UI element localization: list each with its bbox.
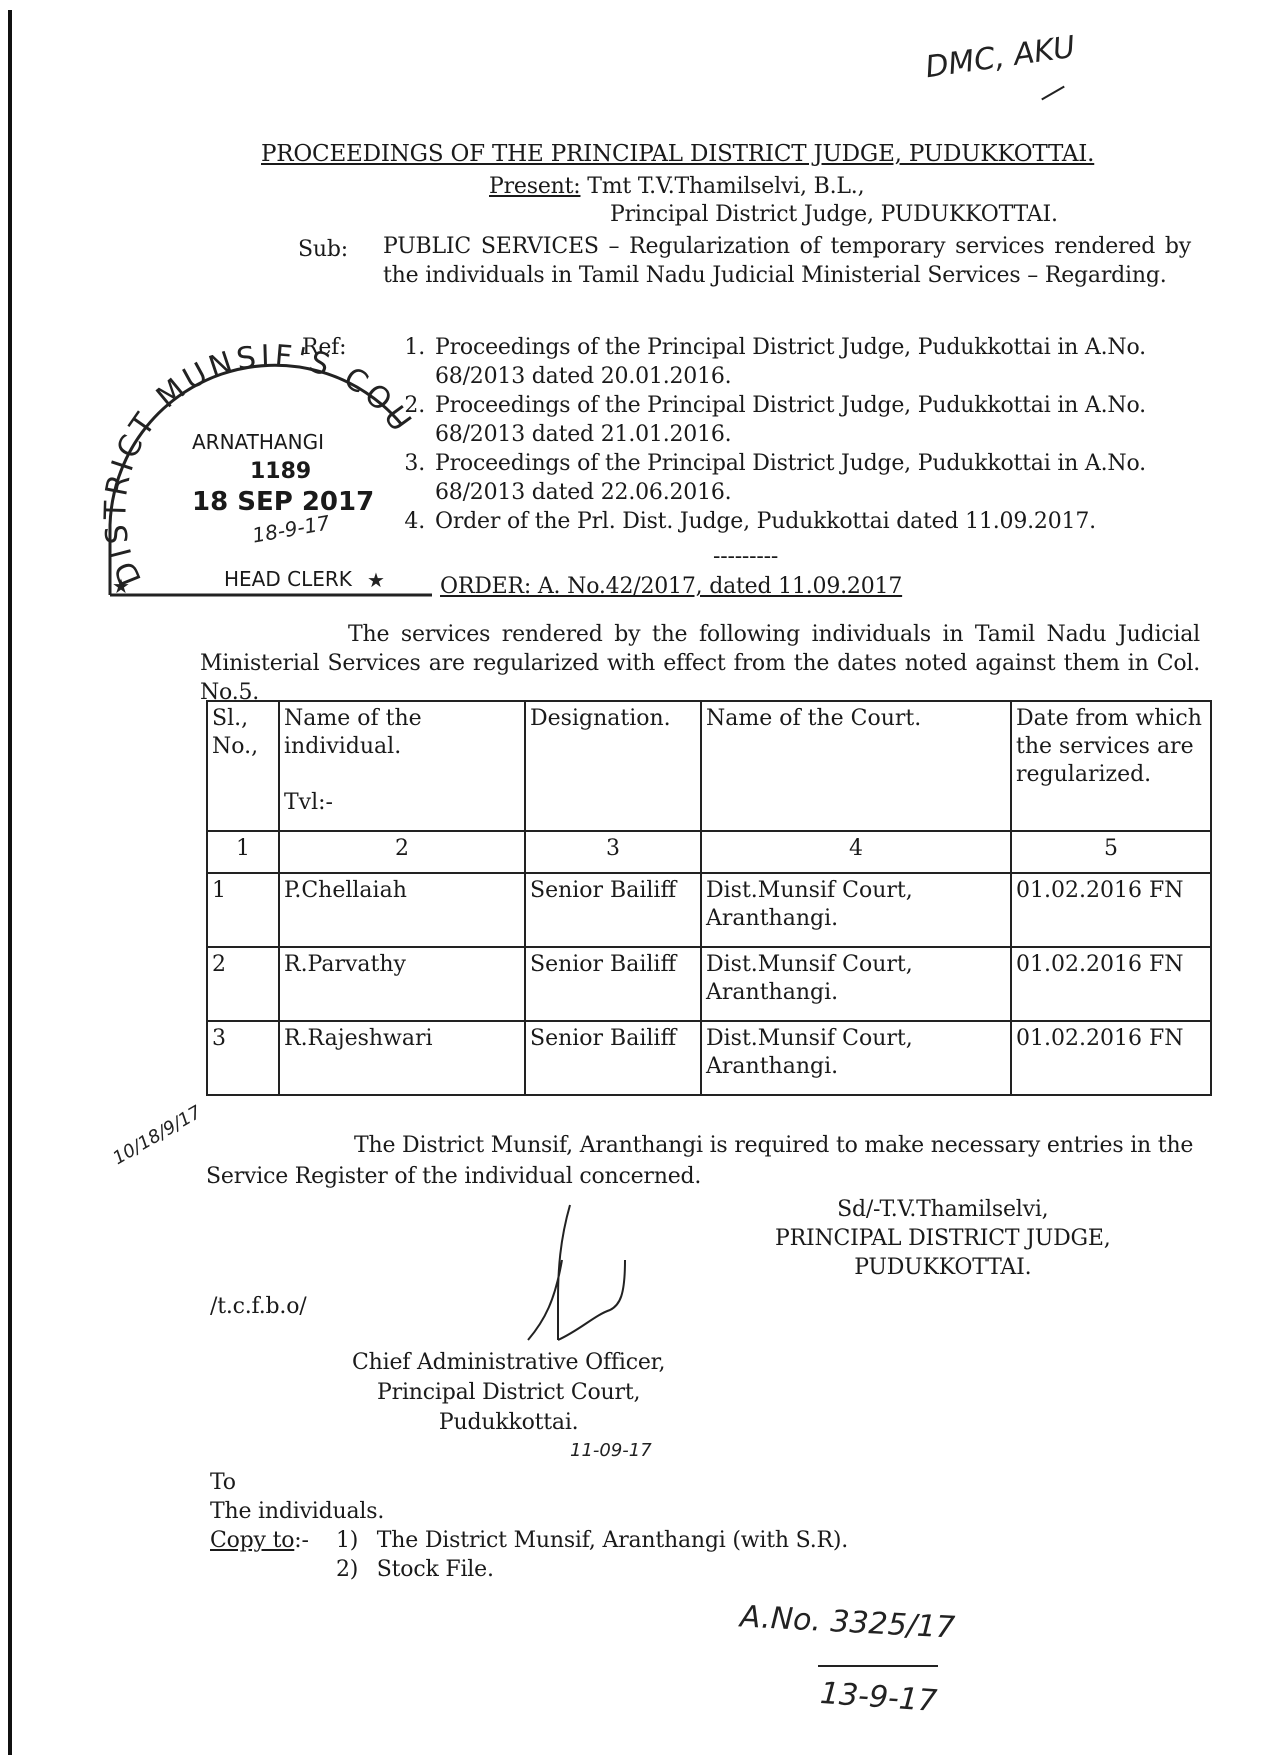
column-number: 4: [701, 831, 1011, 873]
handwritten-underline: [818, 1665, 938, 1667]
reference-text: Proceedings of the Principal District Ju…: [435, 449, 1195, 507]
stamp-number: 1189: [250, 459, 311, 484]
signatory-name: Sd/-T.V.Thamilselvi,: [775, 1195, 1111, 1224]
svg-text:★: ★: [112, 574, 130, 598]
reference-item: 1. Proceedings of the Principal District…: [370, 333, 1195, 391]
subject-label: Sub:: [298, 235, 348, 264]
svg-text:★: ★: [367, 568, 385, 592]
cell-designation: Senior Bailiff: [525, 1021, 701, 1095]
reference-item: 2. Proceedings of the Principal District…: [370, 391, 1195, 449]
present-name: Tmt T.V.Thamilselvi, B.L.,: [587, 174, 864, 199]
cell-name: P.Chellaiah: [279, 873, 525, 947]
handwritten-tick: [1041, 86, 1065, 101]
table-column-number-row: 1 2 3 4 5: [207, 831, 1211, 873]
instruction-paragraph: The District Munsif, Aranthangi is requi…: [206, 1130, 1206, 1192]
header-name-text: Name of the individual.: [284, 705, 520, 761]
signatory-designation: PRINCIPAL DISTRICT JUDGE,: [775, 1224, 1111, 1253]
signatory-place: PUDUKKOTTAI.: [775, 1253, 1111, 1282]
cell-date: 01.02.2016 FN: [1011, 947, 1211, 1021]
header-court: Name of the Court.: [701, 701, 1011, 831]
cell-name: R.Parvathy: [279, 947, 525, 1021]
column-number: 2: [279, 831, 525, 873]
header-name: Name of the individual. Tvl:-: [279, 701, 525, 831]
copy-text: Stock File.: [377, 1557, 494, 1582]
handwritten-initials-date: 11-09-17: [570, 1440, 652, 1461]
copy-to-label: Copy to:-: [210, 1526, 309, 1555]
copy-number: 1): [336, 1526, 370, 1555]
stamp-date: 18 SEP 2017: [192, 487, 374, 517]
cell-date: 01.02.2016 FN: [1011, 873, 1211, 947]
header-designation: Designation.: [525, 701, 701, 831]
cell-designation: Senior Bailiff: [525, 873, 701, 947]
cell-date: 01.02.2016 FN: [1011, 1021, 1211, 1095]
officer-court: Principal District Court,: [352, 1378, 665, 1408]
handwritten-bottom-date: 13-9-17: [819, 1676, 938, 1719]
officer-title: Chief Administrative Officer,: [352, 1348, 665, 1378]
table-row: 1 P.Chellaiah Senior Bailiff Dist.Munsif…: [207, 873, 1211, 947]
regularization-table: Sl., No., Name of the individual. Tvl:- …: [206, 700, 1212, 1096]
column-number: 3: [525, 831, 701, 873]
officer-place: Pudukkottai.: [352, 1408, 665, 1438]
cell-sl: 1: [207, 873, 279, 947]
scan-left-border: [8, 10, 12, 1755]
copy-item: 2) Stock File.: [336, 1555, 848, 1584]
header-date: Date from which the services are regular…: [1011, 701, 1211, 831]
reference-text: Proceedings of the Principal District Ju…: [435, 391, 1195, 449]
subject-text: PUBLIC SERVICES – Regularization of temp…: [383, 232, 1191, 290]
document-title: PROCEEDINGS OF THE PRINCIPAL DISTRICT JU…: [261, 140, 1094, 169]
present-designation: Principal District Judge, PUDUKKOTTAI.: [610, 200, 1058, 229]
handwritten-side-note: 10/18/9/17: [109, 1102, 205, 1169]
cell-court: Dist.Munsif Court, Aranthangi.: [701, 947, 1011, 1021]
order-title: ORDER: A. No.42/2017, dated 11.09.2017: [440, 572, 902, 601]
table-header-row: Sl., No., Name of the individual. Tvl:- …: [207, 701, 1211, 831]
reference-item: 3. Proceedings of the Principal District…: [370, 449, 1195, 507]
column-number: 5: [1011, 831, 1211, 873]
handwritten-bottom-ref: A.No. 3325/17: [739, 1599, 956, 1645]
reference-item: 4. Order of the Prl. Dist. Judge, Pudukk…: [370, 507, 1195, 536]
cell-sl: 2: [207, 947, 279, 1021]
cell-court: Dist.Munsif Court, Aranthangi.: [701, 873, 1011, 947]
to-recipient: The individuals.: [210, 1497, 384, 1526]
present-line: Present: Tmt T.V.Thamilselvi, B.L.,: [489, 172, 864, 201]
cell-sl: 3: [207, 1021, 279, 1095]
table-row: 3 R.Rajeshwari Senior Bailiff Dist.Munsi…: [207, 1021, 1211, 1095]
officer-block: Chief Administrative Officer, Principal …: [352, 1348, 665, 1438]
cell-designation: Senior Bailiff: [525, 947, 701, 1021]
copy-number: 2): [336, 1555, 370, 1584]
cell-name: R.Rajeshwari: [279, 1021, 525, 1095]
court-stamp: DISTRICT MUNSIF'S COURT ★ ★ ARNATHANGI 1…: [102, 355, 452, 605]
header-name-sub: Tvl:-: [284, 789, 520, 817]
copy-to-text: Copy to: [210, 1528, 294, 1553]
reference-text: Order of the Prl. Dist. Judge, Pudukkott…: [435, 507, 1195, 536]
header-sl: Sl., No.,: [207, 701, 279, 831]
copy-text: The District Munsif, Aranthangi (with S.…: [377, 1528, 848, 1553]
cell-court: Dist.Munsif Court, Aranthangi.: [701, 1021, 1011, 1095]
reference-text: Proceedings of the Principal District Ju…: [435, 333, 1195, 391]
handwritten-annotation-top: DMC, AKU: [923, 30, 1077, 86]
to-label: To: [210, 1468, 236, 1497]
table-row: 2 R.Parvathy Senior Bailiff Dist.Munsif …: [207, 947, 1211, 1021]
tcfbo-label: /t.c.f.b.o/: [210, 1292, 306, 1321]
copy-item: 1) The District Munsif, Aranthangi (with…: [336, 1526, 848, 1555]
order-intro: The services rendered by the following i…: [200, 620, 1200, 707]
separator: ---------: [713, 542, 778, 571]
reference-list: 1. Proceedings of the Principal District…: [370, 333, 1195, 536]
copy-list: 1) The District Munsif, Aranthangi (with…: [336, 1526, 848, 1584]
stamp-place: ARNATHANGI: [192, 430, 324, 454]
column-number: 1: [207, 831, 279, 873]
present-label: Present:: [489, 174, 580, 199]
stamp-footer: HEAD CLERK: [224, 567, 352, 591]
signatory-block: Sd/-T.V.Thamilselvi, PRINCIPAL DISTRICT …: [775, 1195, 1111, 1282]
copy-to-suffix: :-: [294, 1528, 308, 1553]
signature-icon: [500, 1200, 640, 1360]
